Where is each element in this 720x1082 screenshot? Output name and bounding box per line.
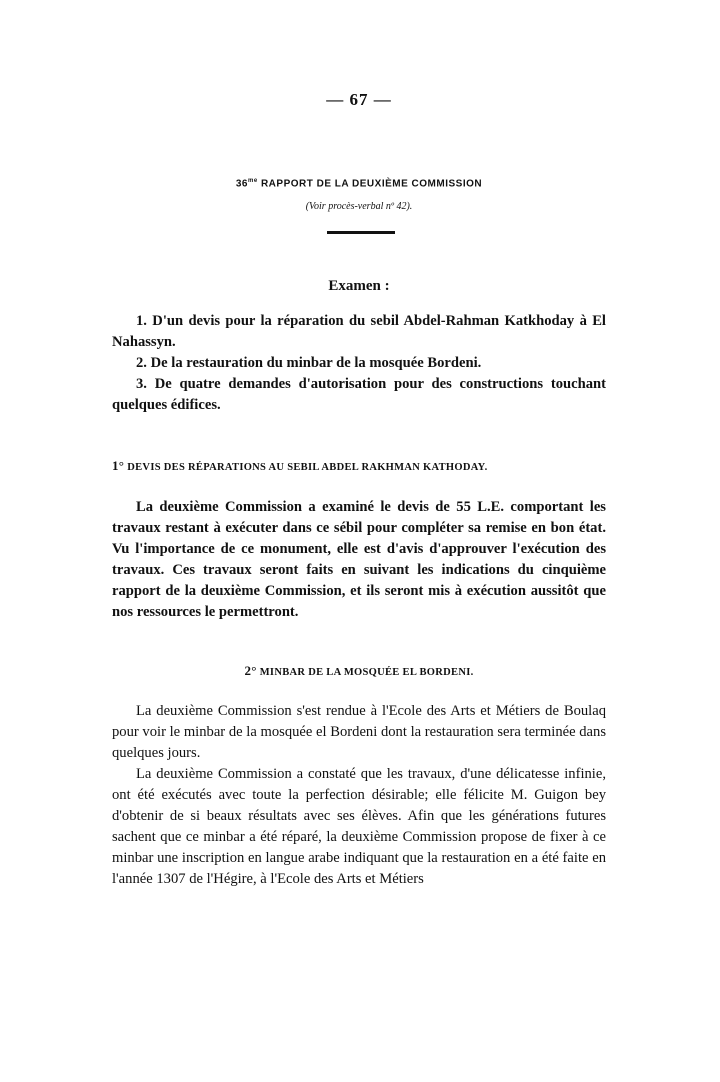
examen-item: 2. De la restauration du minbar de la mo… <box>112 353 606 374</box>
section-number: 1° <box>112 458 124 473</box>
examen-list: 1. D'un devis pour la réparation du sebi… <box>112 311 606 416</box>
section-body-2: La deuxième Commission s'est rendue à l'… <box>112 701 606 890</box>
section-heading-2: 2° MINBAR DE LA MOSQUÉE EL BORDENI. <box>112 663 606 679</box>
examen-heading: Examen : <box>112 278 606 295</box>
section-title: DEVIS DES RÉPARATIONS AU SEBIL ABDEL RAK… <box>127 462 487 473</box>
report-number: 36 <box>236 178 248 189</box>
report-subtitle: (Voir procès-verbal nº 42). <box>112 201 606 212</box>
section-number: 2° <box>244 663 256 678</box>
section-heading-1: 1° DEVIS DES RÉPARATIONS AU SEBIL ABDEL … <box>112 458 606 474</box>
paragraph: La deuxième Commission s'est rendue à l'… <box>112 701 606 764</box>
examen-item: 3. De quatre demandes d'autorisation pou… <box>112 374 606 416</box>
page-number: — 67 — <box>112 90 606 110</box>
section-title: MINBAR DE LA MOSQUÉE EL BORDENI. <box>260 667 474 678</box>
report-title-text: RAPPORT DE LA DEUXIÈME COMMISSION <box>261 178 482 189</box>
section-body-1: La deuxième Commission a examiné le devi… <box>112 497 606 623</box>
examen-item: 1. D'un devis pour la réparation du sebi… <box>112 311 606 353</box>
report-title: 36me RAPPORT DE LA DEUXIÈME COMMISSION <box>112 178 606 189</box>
paragraph: La deuxième Commission a examiné le devi… <box>112 497 606 623</box>
divider-rule <box>327 231 395 234</box>
paragraph: La deuxième Commission a constaté que le… <box>112 764 606 890</box>
report-ordinal: me <box>248 178 258 184</box>
